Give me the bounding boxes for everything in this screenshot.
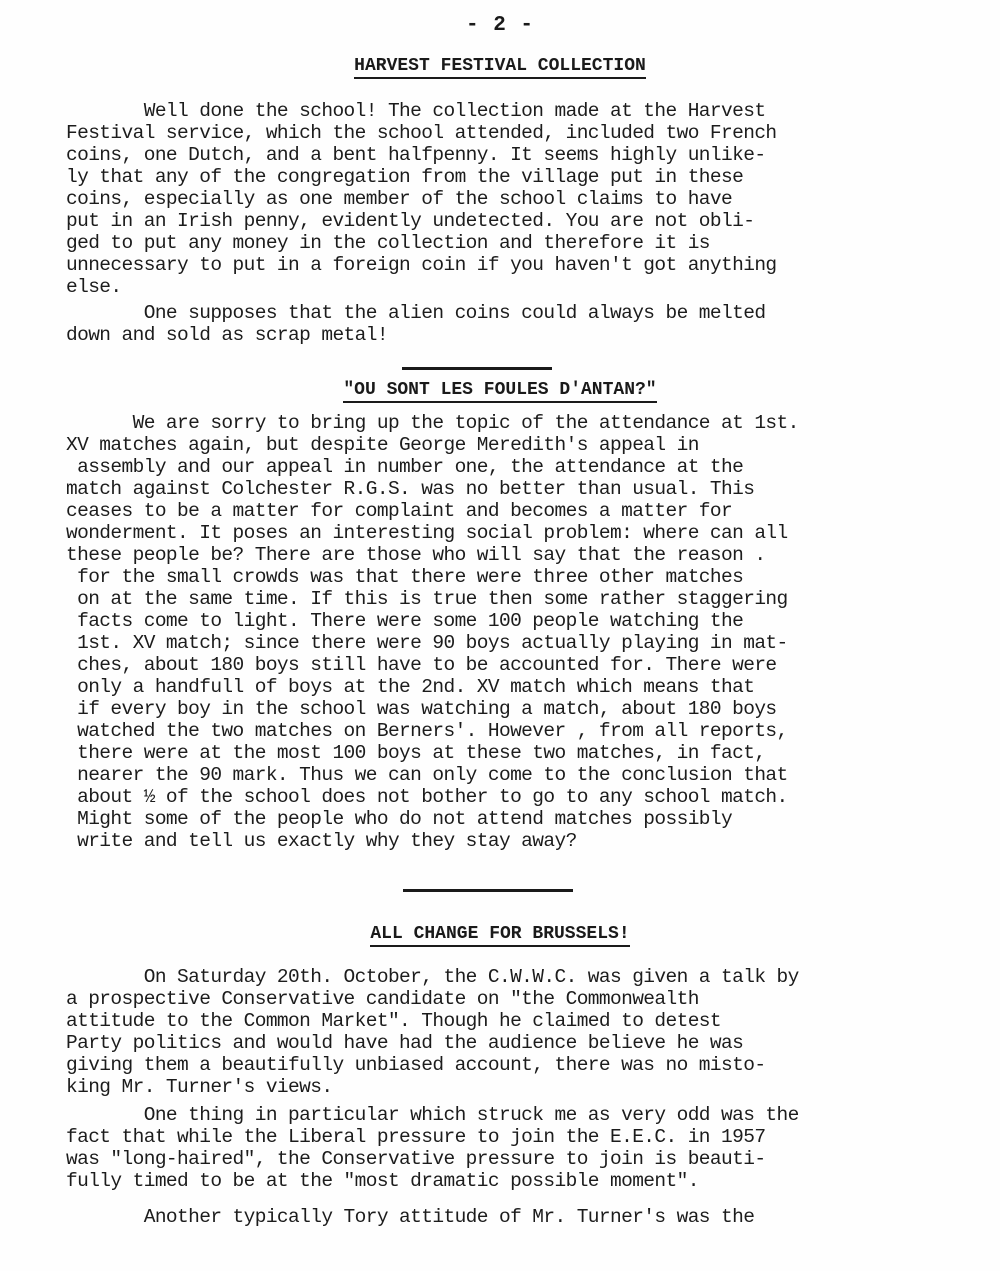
heading-ou-sont-les-foules: "OU SONT LES FOULES D'ANTAN?": [0, 380, 1000, 400]
text-line: One thing in particular which struck me …: [66, 1104, 946, 1126]
text-line: attitude to the Common Market". Though h…: [66, 1010, 946, 1032]
text-line: ches, about 180 boys still have to be ac…: [66, 654, 946, 676]
text-line: ly that any of the congregation from the…: [66, 166, 946, 188]
document-page: - 2 - HARVEST FESTIVAL COLLECTION Well d…: [0, 0, 1000, 1271]
text-line: giving them a beautifully unbiased accou…: [66, 1054, 946, 1076]
section-divider: [403, 889, 573, 892]
text-line: for the small crowds was that there were…: [66, 566, 946, 588]
paragraph-attendance: We are sorry to bring up the topic of th…: [66, 412, 946, 852]
text-line: XV matches again, but despite George Mer…: [66, 434, 946, 456]
text-line: put in an Irish penny, evidently undetec…: [66, 210, 946, 232]
text-line: Party politics and would have had the au…: [66, 1032, 946, 1054]
text-line: Well done the school! The collection mad…: [66, 100, 946, 122]
paragraph-harvest-1: Well done the school! The collection mad…: [66, 100, 946, 298]
heading-all-change-for-brussels: ALL CHANGE FOR BRUSSELS!: [0, 924, 1000, 944]
text-line: on at the same time. If this is true the…: [66, 588, 946, 610]
text-line: nearer the 90 mark. Thus we can only com…: [66, 764, 946, 786]
text-line: We are sorry to bring up the topic of th…: [66, 412, 946, 434]
text-line: fully timed to be at the "most dramatic …: [66, 1170, 946, 1192]
text-line: facts come to light. There were some 100…: [66, 610, 946, 632]
text-line: else.: [66, 276, 946, 298]
text-line: 1st. XV match; since there were 90 boys …: [66, 632, 946, 654]
text-line: Another typically Tory attitude of Mr. T…: [66, 1206, 946, 1228]
page-number: - 2 -: [0, 14, 1000, 37]
text-line: coins, one Dutch, and a bent halfpenny. …: [66, 144, 946, 166]
text-line: about ½ of the school does not bother to…: [66, 786, 946, 808]
text-line: One supposes that the alien coins could …: [66, 302, 946, 324]
paragraph-brussels-3: Another typically Tory attitude of Mr. T…: [66, 1206, 946, 1228]
text-line: On Saturday 20th. October, the C.W.W.C. …: [66, 966, 946, 988]
text-line: ged to put any money in the collection a…: [66, 232, 946, 254]
text-line: there were at the most 100 boys at these…: [66, 742, 946, 764]
text-line: write and tell us exactly why they stay …: [66, 830, 946, 852]
text-line: ceases to be a matter for complaint and …: [66, 500, 946, 522]
text-line: match against Colchester R.G.S. was no b…: [66, 478, 946, 500]
text-line: assembly and our appeal in number one, t…: [66, 456, 946, 478]
text-line: only a handfull of boys at the 2nd. XV m…: [66, 676, 946, 698]
text-line: fact that while the Liberal pressure to …: [66, 1126, 946, 1148]
text-line: Might some of the people who do not atte…: [66, 808, 946, 830]
paragraph-brussels-2: One thing in particular which struck me …: [66, 1104, 946, 1192]
text-line: these people be? There are those who wil…: [66, 544, 946, 566]
text-line: was "long-haired", the Conservative pres…: [66, 1148, 946, 1170]
heading-harvest-festival: HARVEST FESTIVAL COLLECTION: [0, 56, 1000, 76]
text-line: if every boy in the school was watching …: [66, 698, 946, 720]
text-line: wonderment. It poses an interesting soci…: [66, 522, 946, 544]
text-line: watched the two matches on Berners'. How…: [66, 720, 946, 742]
text-line: Festival service, which the school atten…: [66, 122, 946, 144]
paragraph-brussels-1: On Saturday 20th. October, the C.W.W.C. …: [66, 966, 946, 1098]
paragraph-harvest-2: One supposes that the alien coins could …: [66, 302, 946, 346]
text-line: unnecessary to put in a foreign coin if …: [66, 254, 946, 276]
text-line: down and sold as scrap metal!: [66, 324, 946, 346]
section-divider: [402, 367, 552, 370]
text-line: coins, especially as one member of the s…: [66, 188, 946, 210]
text-line: king Mr. Turner's views.: [66, 1076, 946, 1098]
text-line: a prospective Conservative candidate on …: [66, 988, 946, 1010]
